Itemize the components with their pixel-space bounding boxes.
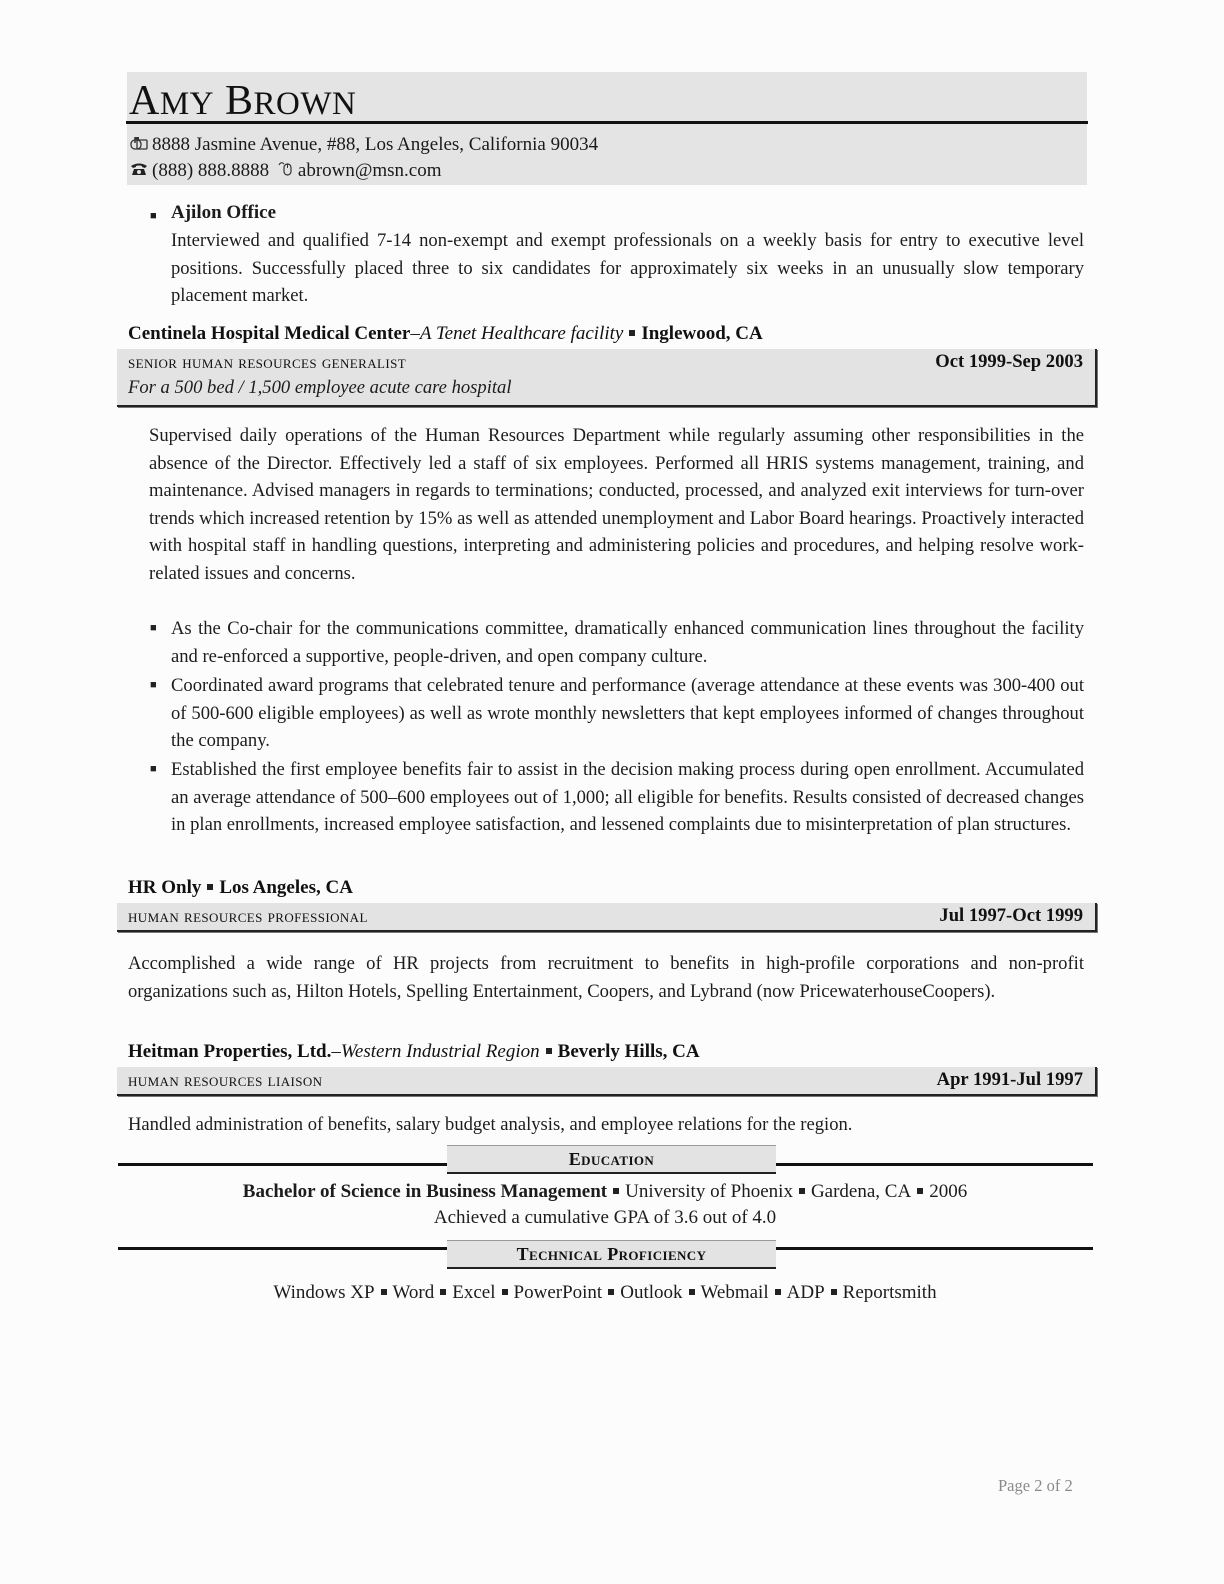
job-2-summary: Accomplished a wide range of HR projects… — [128, 950, 1084, 1005]
job-1-bullet-3: ■ Established the first employee benefit… — [150, 756, 1084, 839]
candidate-name: AMY BROWN — [129, 78, 356, 127]
job-2-location: Los Angeles, CA — [219, 877, 353, 898]
separator-square — [502, 1289, 508, 1295]
job-1-company-line: Centinela Hospital Medical Center–A Tene… — [128, 323, 763, 345]
email-link[interactable]: abrown@msn.com — [298, 160, 442, 181]
technical-rule-right — [776, 1247, 1093, 1250]
separator-square — [689, 1289, 695, 1295]
technical-skills-line: Windows XPWordExcelPowerPointOutlookWebm… — [117, 1282, 1093, 1304]
education-degree: Bachelor of Science in Business Manageme… — [243, 1181, 607, 1202]
address-line: 8888 Jasmine Avenue, #88, Los Angeles, C… — [130, 134, 598, 157]
job-3-title: Human Resources Liaison — [128, 1070, 322, 1091]
telephone-icon — [130, 161, 152, 183]
technical-rule-left — [118, 1247, 447, 1250]
header-rule — [126, 121, 1088, 124]
technical-heading: Technical Proficiency — [447, 1240, 776, 1269]
job-2-company: HR Only — [128, 877, 201, 898]
separator-square — [917, 1188, 923, 1194]
separator-square — [775, 1289, 781, 1295]
separator-square — [831, 1289, 837, 1295]
job-2-role-band: Human Resources Professional Jul 1997-Oc… — [117, 903, 1097, 932]
education-degree-line: Bachelor of Science in Business Manageme… — [117, 1181, 1093, 1203]
name-first-rest: MY — [160, 86, 214, 122]
education-heading: Education — [447, 1145, 776, 1174]
job-3-summary: Handled administration of benefits, sala… — [128, 1111, 1084, 1139]
job-1-bullet-1: ■ As the Co-chair for the communications… — [150, 615, 1084, 670]
skill-item: Reportsmith — [843, 1282, 937, 1303]
skill-item: PowerPoint — [514, 1282, 603, 1303]
separator-square — [608, 1289, 614, 1295]
skill-item: Outlook — [620, 1282, 682, 1303]
skill-item: Excel — [452, 1282, 495, 1303]
skill-item: Word — [393, 1282, 435, 1303]
separator-square — [546, 1048, 552, 1054]
job-3-dates: Apr 1991-Jul 1997 — [937, 1069, 1083, 1091]
job-3-role-band: Human Resources Liaison Apr 1991-Jul 199… — [117, 1067, 1097, 1096]
job-1-title: Senior Human Resources Generalist — [128, 352, 406, 373]
separator-square — [207, 884, 213, 890]
education-rule-left — [118, 1163, 447, 1166]
job-1-bullet-2: ■ Coordinated award programs that celebr… — [150, 672, 1084, 755]
separator-square — [381, 1289, 387, 1295]
ajilon-bullet-mark: ■ — [150, 200, 157, 231]
skill-item: Windows XP — [273, 1282, 374, 1303]
job-1-subtitle: For a 500 bed / 1,500 employee acute car… — [128, 377, 512, 399]
ajilon-title: Ajilon Office — [171, 199, 276, 227]
skill-item: Webmail — [701, 1282, 769, 1303]
name-first-initial: A — [129, 78, 160, 124]
page-number: Page 2 of 2 — [998, 1476, 1073, 1496]
education-school: University of Phoenix — [625, 1181, 793, 1202]
job-1-company: Centinela Hospital Medical Center — [128, 323, 410, 344]
job-1-dates: Oct 1999-Sep 2003 — [935, 351, 1083, 373]
job-2-title: Human Resources Professional — [128, 906, 368, 927]
name-last-rest: ROWN — [254, 86, 357, 122]
bullet-text: Coordinated award programs that celebrat… — [171, 672, 1084, 755]
job-1-company-note: A Tenet Healthcare facility — [420, 323, 624, 344]
phone-email-line: (888) 888.8888 abrown@msn.com — [130, 160, 442, 183]
job-2-company-line: HR OnlyLos Angeles, CA — [128, 877, 353, 899]
ajilon-description: Interviewed and qualified 7-14 non-exemp… — [171, 227, 1084, 310]
separator-square — [613, 1188, 619, 1194]
job-1-location: Inglewood, CA — [641, 323, 762, 344]
mailbox-icon — [130, 135, 152, 157]
separator-square — [799, 1188, 805, 1194]
job-3-company: Heitman Properties, Ltd. — [128, 1041, 331, 1062]
job-1-summary: Supervised daily operations of the Human… — [149, 422, 1084, 588]
job-3-company-line: Heitman Properties, Ltd.–Western Industr… — [128, 1041, 700, 1063]
education-rule-right — [776, 1163, 1093, 1166]
address-text: 8888 Jasmine Avenue, #88, Los Angeles, C… — [152, 134, 598, 155]
education-location: Gardena, CA — [811, 1181, 911, 1202]
separator-square — [629, 330, 635, 336]
bullet-text: Established the first employee benefits … — [171, 756, 1084, 839]
education-year: 2006 — [929, 1181, 967, 1202]
job-3-location: Beverly Hills, CA — [558, 1041, 700, 1062]
mouse-icon — [278, 160, 298, 183]
job-1-role-band: Senior Human Resources Generalist Oct 19… — [117, 349, 1097, 407]
bullet-text: As the Co-chair for the communications c… — [171, 615, 1084, 670]
skill-item: ADP — [787, 1282, 825, 1303]
separator-square — [440, 1289, 446, 1295]
job-2-dates: Jul 1997-Oct 1999 — [939, 905, 1083, 927]
phone-text: (888) 888.8888 — [152, 160, 269, 181]
education-gpa: Achieved a cumulative GPA of 3.6 out of … — [117, 1207, 1093, 1229]
job-3-company-note: Western Industrial Region — [341, 1041, 540, 1062]
name-last-initial: B — [225, 78, 254, 124]
